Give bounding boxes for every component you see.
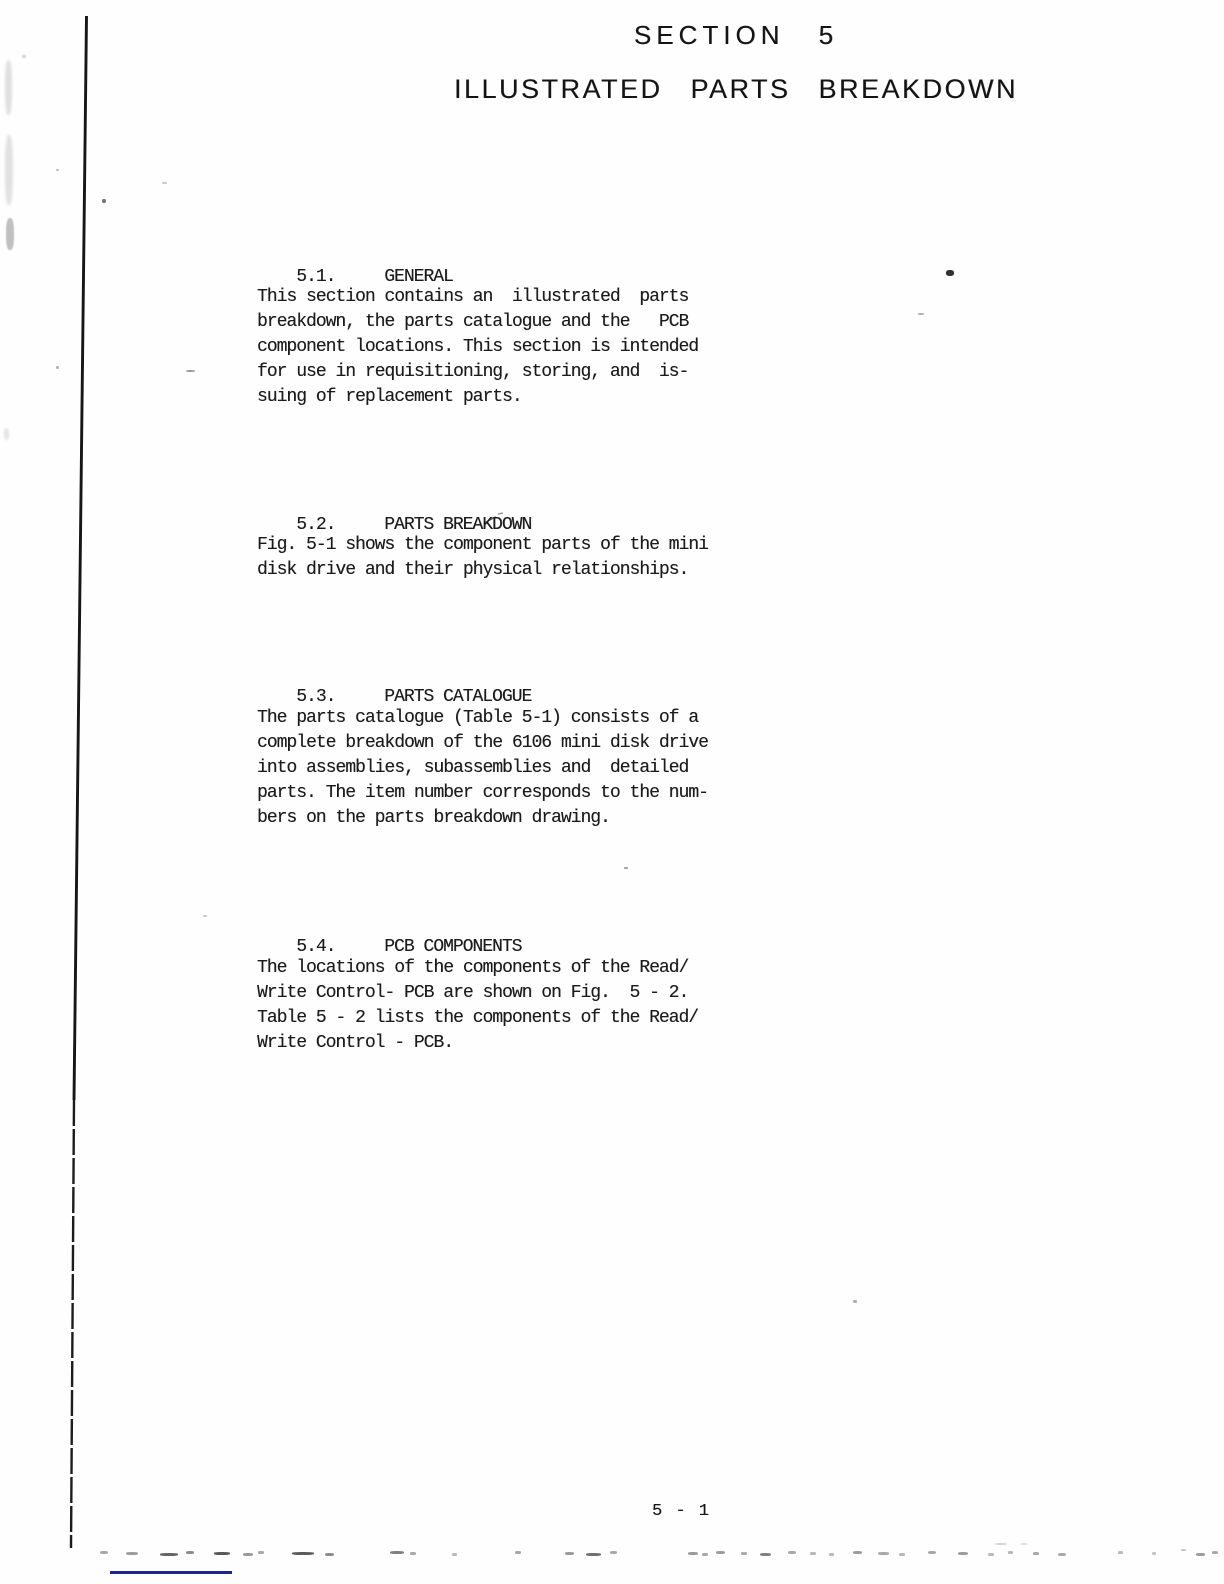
section-subtitle: ILLUSTRATED PARTS BREAKDOWN [252, 74, 1220, 105]
body-5-3: The parts catalogue (Table 5-1) consists… [257, 706, 708, 831]
scan-speck [160, 1553, 178, 1556]
scan-speck [390, 1551, 404, 1554]
scan-speck [586, 1553, 601, 1556]
scan-speck [100, 1551, 108, 1554]
scan-speck [4, 428, 9, 440]
scan-speck [688, 1552, 698, 1555]
scan-speck [214, 1552, 230, 1555]
scan-speck [186, 1551, 194, 1554]
scan-speck [853, 1300, 857, 1303]
scan-speck [56, 169, 59, 171]
scan-speck [716, 1551, 725, 1554]
body-5-2: Fig. 5-1 shows the component parts of th… [257, 533, 708, 583]
scan-speck [899, 1553, 905, 1556]
page-number: 5 - 1 [652, 1502, 711, 1521]
scan-speck [741, 1552, 747, 1555]
scan-speck [5, 135, 13, 205]
heading-title: PARTS CATALOGUE [384, 687, 531, 707]
scan-speck [243, 1553, 253, 1556]
scan-speck [1058, 1553, 1066, 1556]
scan-speck [6, 218, 14, 250]
body-5-1: This section contains an illustrated par… [257, 285, 698, 410]
vertical-margin-rule [74, 16, 87, 1100]
body-5-4: The locations of the components of the R… [257, 956, 698, 1056]
scan-speck [292, 1552, 314, 1555]
scan-speck [102, 199, 106, 203]
scan-speck [1152, 1552, 1156, 1555]
scan-speck [515, 1551, 521, 1554]
scan-speck [988, 1553, 994, 1556]
scan-speck [325, 1553, 334, 1556]
section-title: SECTION 5 [252, 20, 1220, 51]
scan-speck [918, 313, 924, 315]
scan-speck [610, 1551, 617, 1554]
scan-speck [410, 1552, 416, 1555]
scan-speck [1212, 1551, 1218, 1554]
heading-title: PARTS BREAKDOWN [384, 515, 531, 535]
scan-speck [22, 55, 26, 58]
scan-speck [878, 1552, 889, 1555]
heading-title: GENERAL [384, 267, 453, 287]
scan-speck [1008, 1551, 1013, 1554]
scan-speck [829, 1553, 834, 1556]
scan-speck [624, 867, 628, 869]
scan-speck [702, 1553, 708, 1556]
scan-speck [203, 915, 207, 917]
scan-speck [5, 60, 12, 115]
heading-title: PCB COMPONENTS [384, 937, 521, 957]
scan-speck [56, 366, 59, 369]
scan-speck [1118, 1551, 1123, 1554]
blue-ink-underline [110, 1571, 232, 1574]
scan-speck [946, 270, 954, 276]
scan-speck [126, 1552, 138, 1555]
scan-speck [1181, 1549, 1186, 1551]
scan-speck [760, 1553, 771, 1556]
scan-speck [258, 1551, 264, 1554]
scan-speck [452, 1553, 457, 1556]
vertical-margin-rule-lower [71, 1100, 74, 1548]
scan-speck [995, 1543, 1007, 1545]
scan-speck [958, 1552, 968, 1555]
scan-speck [810, 1552, 816, 1555]
scan-speck [186, 370, 195, 372]
scan-speck [1033, 1552, 1039, 1555]
scan-speck [565, 1552, 574, 1555]
scan-speck [162, 182, 167, 184]
scan-speck [928, 1551, 936, 1554]
scan-speck [1020, 1543, 1028, 1545]
scan-speck [1196, 1553, 1205, 1556]
scan-speck [788, 1551, 796, 1554]
scanned-manual-page: SECTION 5 ILLUSTRATED PARTS BREAKDOWN 5.… [0, 0, 1224, 1584]
scan-speck [853, 1551, 862, 1554]
